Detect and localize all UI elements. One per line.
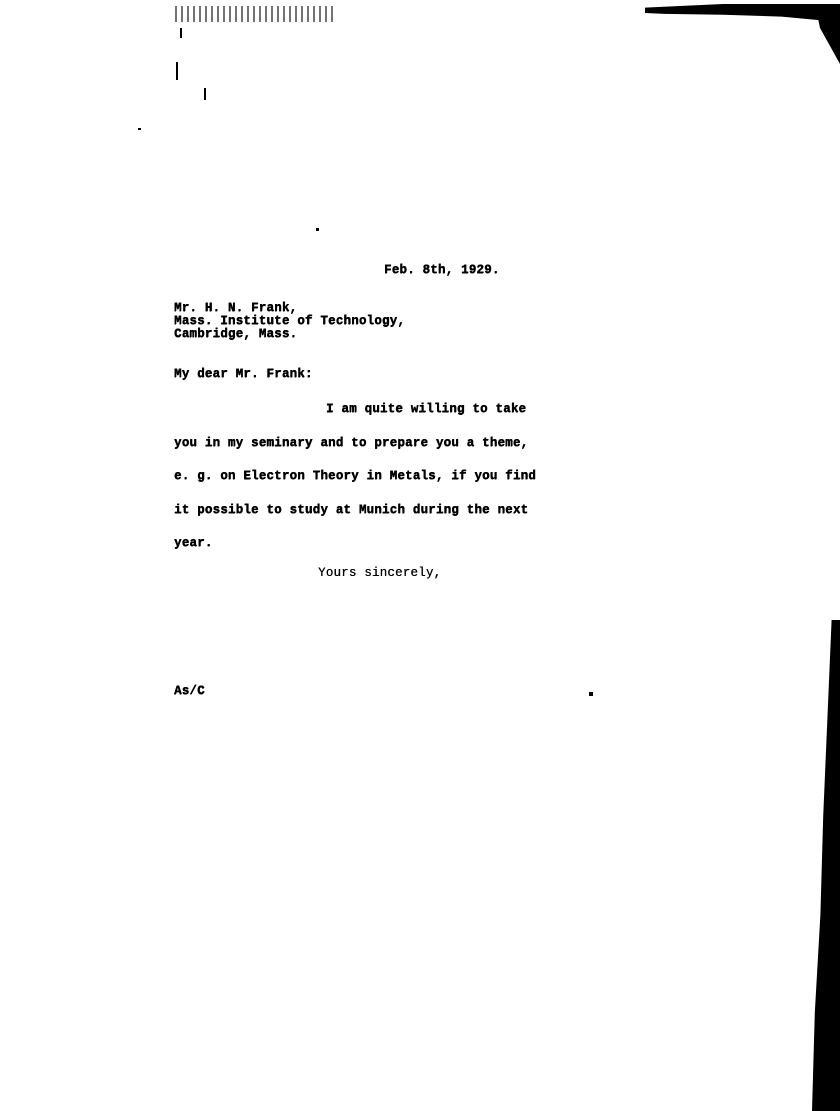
scan-speck: [138, 128, 141, 130]
scan-mark: [204, 88, 206, 100]
scan-mark: [176, 62, 178, 80]
scan-page-corner: [815, 4, 840, 64]
scan-mark: [180, 28, 182, 38]
scan-page-edge-top: [645, 4, 840, 22]
body-line: e. g. on Electron Theory in Metals, if y…: [174, 469, 536, 483]
letter-date: Feb. 8th, 1929.: [384, 263, 500, 277]
body-line: year.: [174, 536, 213, 550]
body-line: I am quite willing to take: [326, 402, 526, 416]
body-line: you in my seminary and to prepare you a …: [174, 436, 528, 450]
scan-speck: [316, 228, 319, 231]
scan-speck: [589, 692, 593, 696]
recipient-city: Cambridge, Mass.: [174, 328, 297, 341]
scanned-letter-page: Feb. 8th, 1929. Mr. H. N. Frank, Mass. I…: [0, 0, 840, 1111]
scan-page-edge-right: [812, 620, 840, 1111]
body-line: it possible to study at Munich during th…: [174, 503, 528, 517]
salutation: My dear Mr. Frank:: [174, 367, 313, 381]
scan-smudge-top: [175, 6, 335, 22]
closing: Yours sincerely,: [318, 566, 441, 580]
reference-initials: As/C: [174, 684, 205, 698]
